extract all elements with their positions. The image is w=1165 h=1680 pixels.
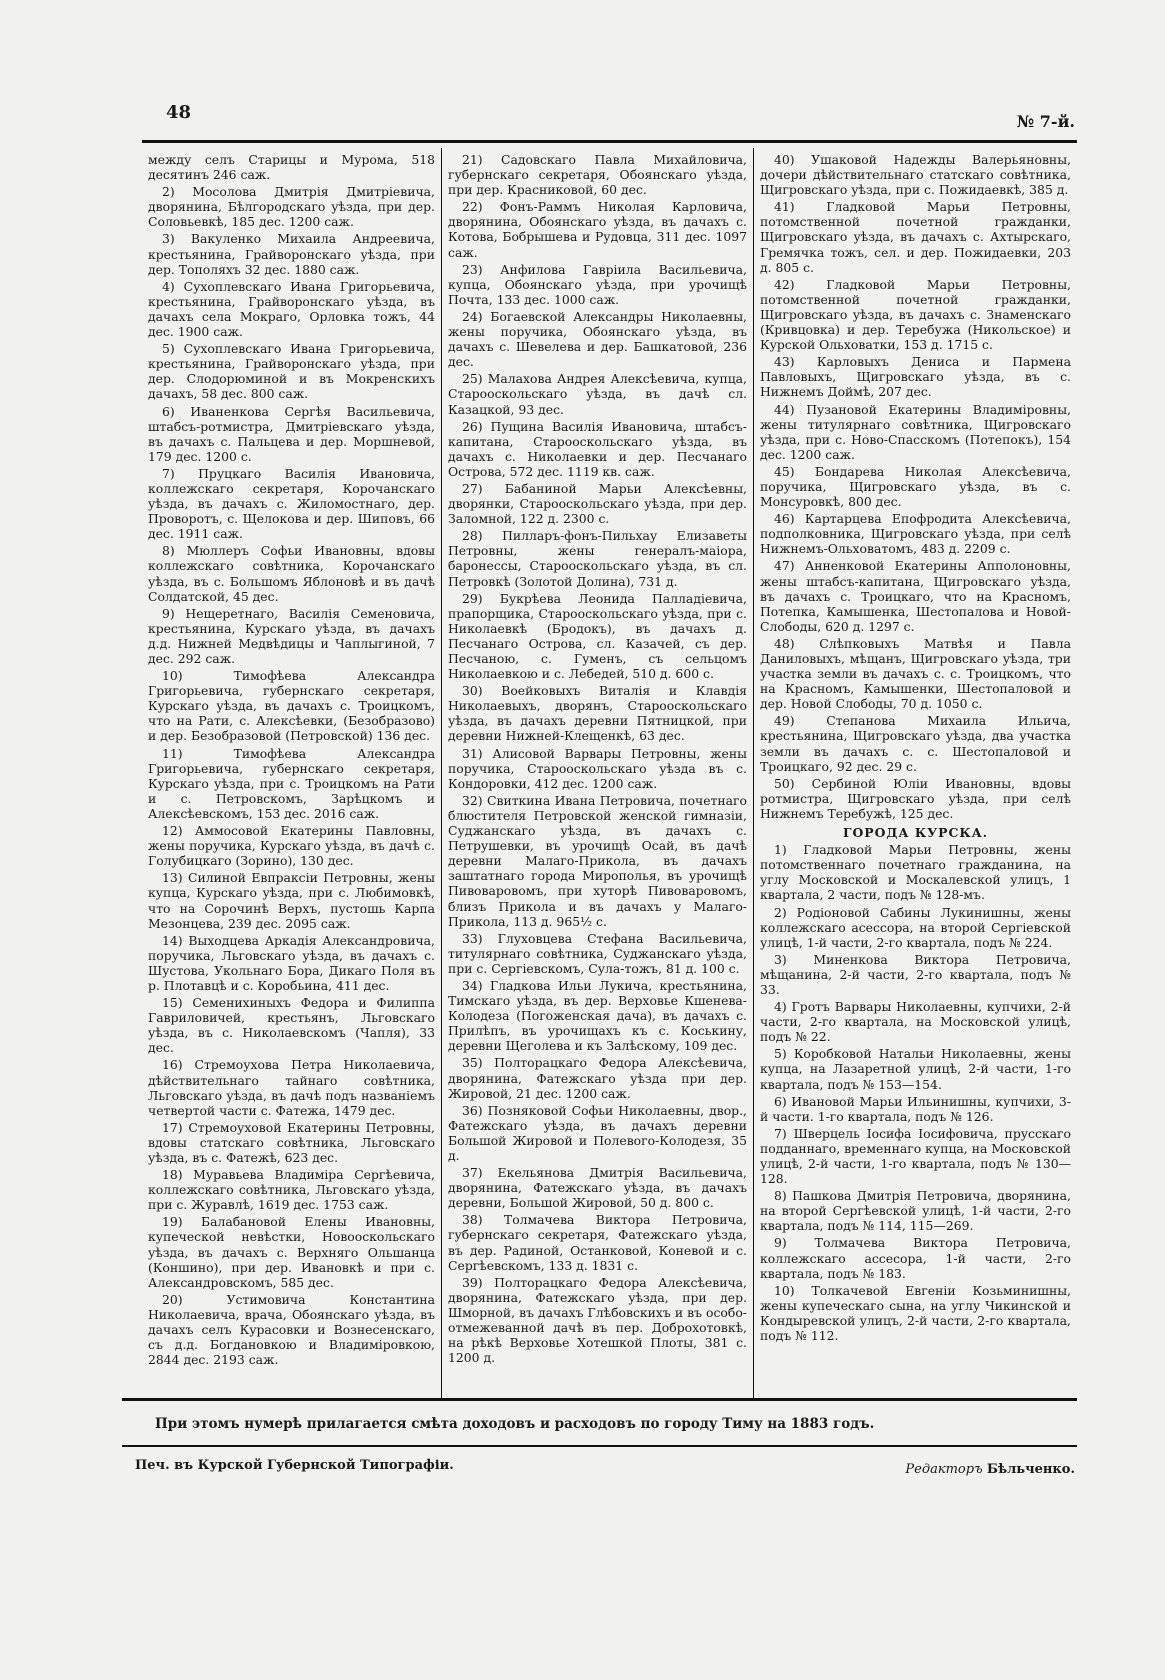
columns-container: между селъ Старицы и Мурома, 518 десятин… <box>142 148 1077 1400</box>
listing-entry: 16) Стремоухова Петра Николаевича, дѣйст… <box>148 1057 435 1117</box>
listing-entry: 10) Толкачевой Евгеніи Козьминишны, жены… <box>760 1283 1071 1343</box>
listing-entry: 12) Аммосовой Екатерины Павловны, жены п… <box>148 823 435 868</box>
listing-entry: 20) Устимовича Константина Николаевича, … <box>148 1292 435 1367</box>
listing-entry: 18) Муравьева Владиміра Сергѣевича, колл… <box>148 1167 435 1212</box>
listing-entry: 34) Гладкова Ильи Лукича, крестьянина, Т… <box>448 978 747 1053</box>
listing-entry: 31) Алисовой Варвары Петровны, жены пору… <box>448 746 747 791</box>
footer-rule <box>122 1445 1077 1447</box>
listing-entry: 3) Вакуленко Михаила Андреевича, крестья… <box>148 231 435 276</box>
bottom-rule <box>122 1398 1077 1401</box>
issue-number: № 7-й. <box>1017 112 1075 131</box>
section-title: ГОРОДА КУРСКА. <box>760 825 1071 840</box>
listing-entry: 1) Гладковой Марьи Петровны, жены потомс… <box>760 842 1071 902</box>
listing-entry: 8) Пашкова Дмитрія Петровича, дворянина,… <box>760 1188 1071 1233</box>
listing-entry: 30) Воейковыхъ Виталія и Клавдія Николае… <box>448 683 747 743</box>
listing-entry: 10) Тимофѣева Александра Григорьевича, г… <box>148 668 435 743</box>
listing-entry: 40) Ушаковой Надежды Валерьяновны, дочер… <box>760 152 1071 197</box>
listing-entry: 39) Полторацкаго Федора Алексѣевича, дво… <box>448 1275 747 1366</box>
column-1: между селъ Старицы и Мурома, 518 десятин… <box>142 148 442 1400</box>
listing-entry: 2) Родіоновой Сабины Лукинишны, жены кол… <box>760 905 1071 950</box>
listing-entry: 2) Мосолова Дмитрія Дмитріевича, дворяни… <box>148 184 435 229</box>
listing-entry: 41) Гладковой Марьи Петровны, потомствен… <box>760 199 1071 274</box>
listing-entry: 14) Выходцева Аркадія Александровича, по… <box>148 933 435 993</box>
column-3: 40) Ушаковой Надежды Валерьяновны, дочер… <box>754 148 1077 1400</box>
column-2: 21) Садовскаго Павла Михайловича, губерн… <box>442 148 754 1400</box>
listing-entry: 35) Полторацкаго Федора Алексѣевича, дво… <box>448 1055 747 1100</box>
listing-entry: 4) Сухоплевскаго Ивана Григорьевича, кре… <box>148 279 435 339</box>
listing-entry: 29) Букрѣева Леонида Палладіевича, прапо… <box>448 591 747 682</box>
listing-entry: 45) Бондарева Николая Алексѣевича, поруч… <box>760 464 1071 509</box>
listing-entry: 4) Гротъ Варвары Николаевны, купчихи, 2-… <box>760 999 1071 1044</box>
listing-entry: 37) Екельянова Дмитрія Васильевича, двор… <box>448 1165 747 1210</box>
listing-entry: 23) Анфилова Гавріила Васильевича, купца… <box>448 262 747 307</box>
listing-entry: 33) Глуховцева Стефана Васильевича, титу… <box>448 931 747 976</box>
editor-label: Редакторъ <box>905 1462 982 1477</box>
listing-entry: 19) Балабановой Елены Ивановны, купеческ… <box>148 1214 435 1289</box>
page-number: 48 <box>166 102 191 123</box>
listing-entry: 46) Картарцева Епофродита Алексѣевича, п… <box>760 511 1071 556</box>
listing-entry: 48) Слѣпковыхъ Матвѣя и Павла Даниловыхъ… <box>760 636 1071 711</box>
listing-entry: 3) Миненкова Виктора Петровича, мѣщанина… <box>760 952 1071 997</box>
top-rule <box>142 140 1077 143</box>
listing-entry: 36) Позняковой Софьи Николаевны, двор., … <box>448 1103 747 1163</box>
listing-entry: 15) Семенихиныхъ Федора и Филиппа Гаврил… <box>148 995 435 1055</box>
listing-entry: 5) Коробковой Натальи Николаевны, жены к… <box>760 1046 1071 1091</box>
editor-credit: Редакторъ Бѣльченко. <box>905 1462 1075 1477</box>
listing-entry: 50) Сербиной Юліи Ивановны, вдовы ротмис… <box>760 776 1071 821</box>
listing-entry: 42) Гладковой Марьи Петровны, потомствен… <box>760 277 1071 352</box>
printer-credit: Печ. въ Курской Губернской Типографіи. <box>135 1458 454 1473</box>
listing-entry: 11) Тимофѣева Александра Григорьевича, г… <box>148 746 435 821</box>
listing-entry: 44) Пузановой Екатерины Владиміровны, же… <box>760 402 1071 462</box>
listing-entry: 28) Пилларъ-фонъ-Пильхау Елизаветы Петро… <box>448 528 747 588</box>
listing-entry: 24) Богаевской Александры Николаевны, же… <box>448 309 747 369</box>
listing-entry: 7) Пруцкаго Василія Ивановича, коллежска… <box>148 466 435 541</box>
listing-entry: 21) Садовскаго Павла Михайловича, губерн… <box>448 152 747 197</box>
listing-entry: 22) Фонъ-Раммъ Николая Карловича, дворян… <box>448 199 747 259</box>
listing-entry: 49) Степанова Михаила Ильича, крестьянин… <box>760 713 1071 773</box>
listing-entry: между селъ Старицы и Мурома, 518 десятин… <box>148 152 435 182</box>
supplement-notice: При этомъ нумерѣ прилагается смѣта доход… <box>155 1416 874 1432</box>
listing-entry: 32) Свиткина Ивана Петровича, почетнаго … <box>448 793 747 929</box>
listing-entry: 25) Малахова Андрея Алексѣевича, купца, … <box>448 371 747 416</box>
listing-entry: 38) Толмачева Виктора Петровича, губернс… <box>448 1212 747 1272</box>
listing-entry: 43) Карловыхъ Дениса и Пармена Павловыхъ… <box>760 354 1071 399</box>
listing-entry: 6) Ивановой Марьи Ильинишны, купчихи, 3-… <box>760 1094 1071 1124</box>
editor-name: Бѣльченко. <box>987 1462 1075 1477</box>
listing-entry: 9) Толмачева Виктора Петровича, коллежск… <box>760 1235 1071 1280</box>
listing-entry: 8) Мюллеръ Софьи Ивановны, вдовы коллежс… <box>148 543 435 603</box>
listing-entry: 27) Бабаниной Марьи Алексѣевны, дворянки… <box>448 481 747 526</box>
listing-entry: 9) Нещеретнаго, Василія Семеновича, крес… <box>148 606 435 666</box>
listing-entry: 5) Сухоплевскаго Ивана Григорьевича, кре… <box>148 341 435 401</box>
listing-entry: 47) Анненковой Екатерины Апполоновны, же… <box>760 558 1071 633</box>
listing-entry: 6) Иваненкова Сергѣя Васильевича, штабсъ… <box>148 404 435 464</box>
listing-entry: 17) Стремоуховой Екатерины Петровны, вдо… <box>148 1120 435 1165</box>
listing-entry: 26) Пущина Василія Ивановича, штабсъ-кап… <box>448 419 747 479</box>
listing-entry: 7) Шверцель Іосифа Іосифовича, прусскаго… <box>760 1126 1071 1186</box>
listing-entry: 13) Силиной Евпраксіи Петровны, жены куп… <box>148 870 435 930</box>
